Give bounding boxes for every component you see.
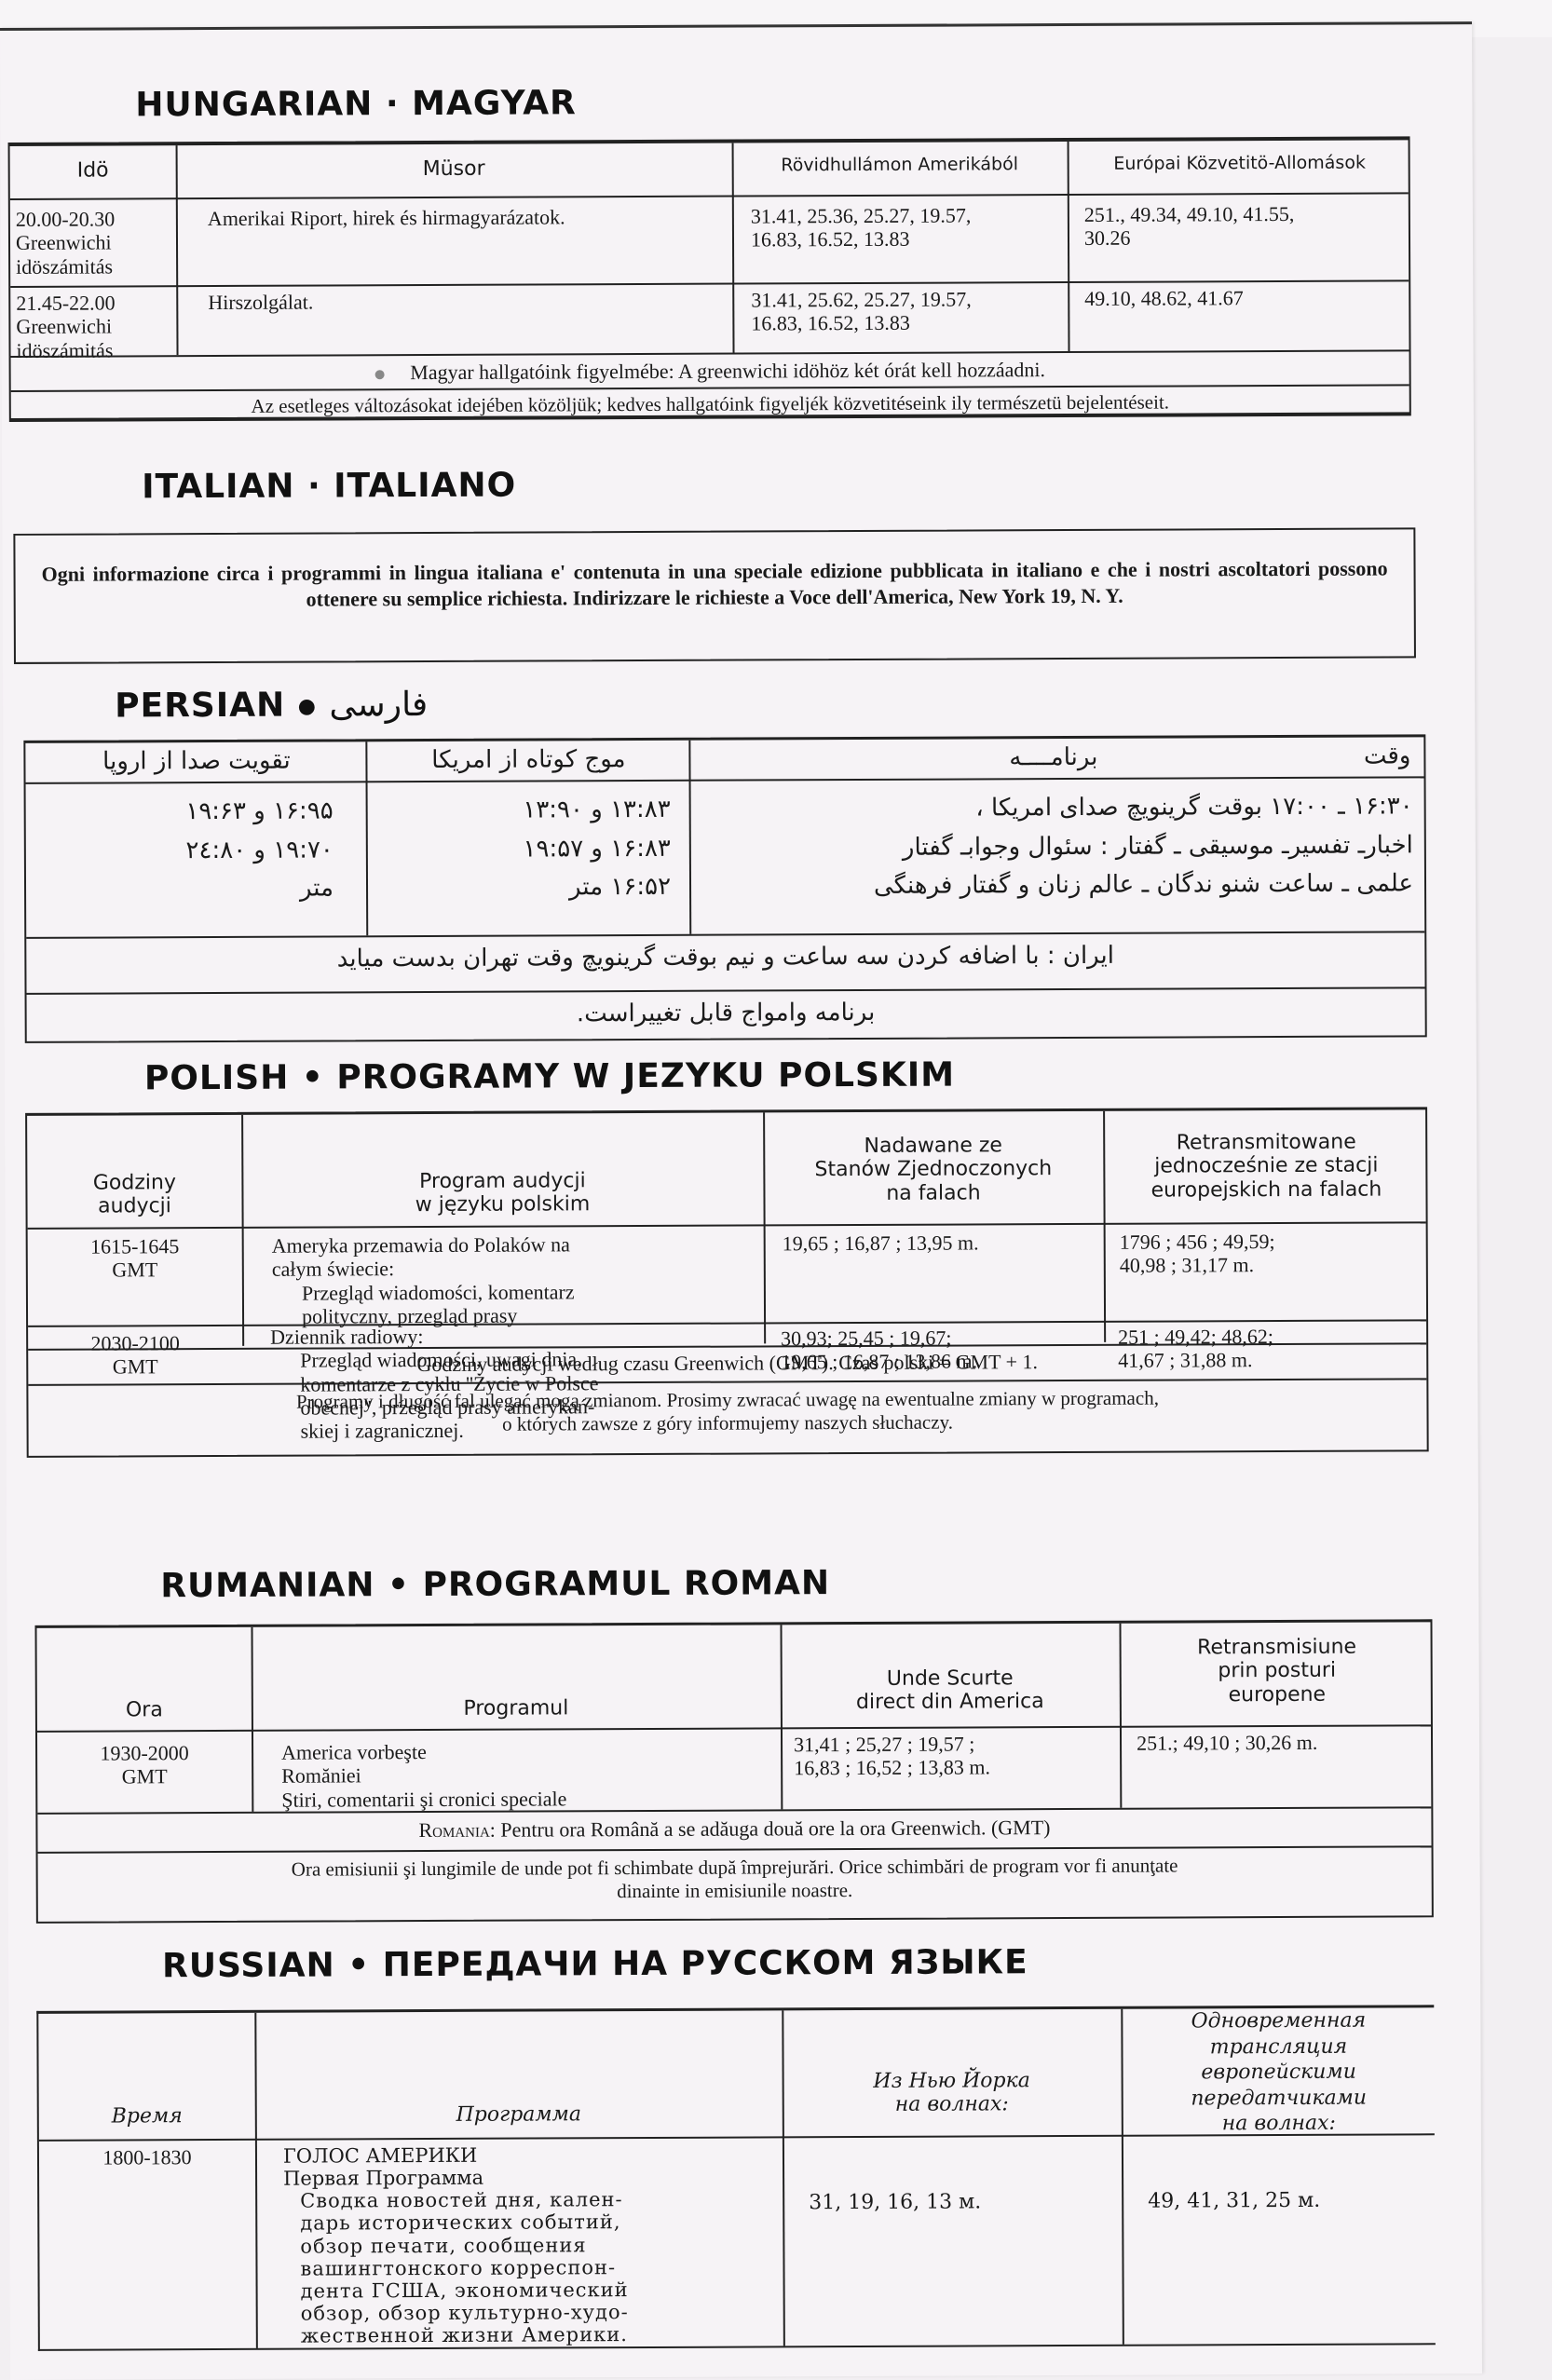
persian-europe: ۱۶:۹۵ و ۱۹:۶۳ ۱۹:۷۰ و ۲٤:۸۰ متر xyxy=(35,792,334,909)
rumanian-header-time: Ora xyxy=(37,1698,252,1722)
polish-header-europe: Retransmitowanejednocześnie ze stacjieur… xyxy=(1103,1130,1429,1202)
hungarian-row2-time: 21.45-22.00Greenwichiidöszámitás xyxy=(16,291,116,361)
russian-row1-time: 1800-1830 xyxy=(39,2145,255,2169)
russian-table: Время Программа Из Нью Йоркана волнах: О… xyxy=(36,2005,1436,2351)
polish-note-changes: Programy i długość fal ulegać mogą zmian… xyxy=(28,1385,1426,1438)
persian-note-timezone: ایران : با اضافه کردن سه ساعت و نیم بوقت… xyxy=(26,940,1424,974)
russian-row1-ny: 31, 19, 16, 13 м. xyxy=(809,2190,981,2214)
persian-header-europe: تقویت صدا از اروپا xyxy=(31,747,361,776)
persian-program: ۱۶:۳۰ ـ ۱۷:۰۰ بوقت گرینویچ صدای امریکا ،… xyxy=(695,787,1414,906)
russian-header-program: Программа xyxy=(255,2101,783,2128)
hungarian-row2-program: Hirszolgálat. xyxy=(208,291,313,315)
russian-section-title: RUSSIAN • ПЕРЕДАЧИ НА РУССКОМ ЯЗЫКЕ xyxy=(162,1943,1028,1985)
polish-section-title: POLISH • PROGRAMY W JEZYKU POLSKIM xyxy=(144,1056,955,1098)
hungarian-table: Idö Müsor Rövidhullámon Amerikából Európ… xyxy=(8,136,1411,422)
persian-shortwave: ۱۳:۸۳ و ۱۳:۹۰ ۱۶:۸۳ و ۱۹:۵۷ ۱۶:۵۲ متر xyxy=(373,791,672,908)
hungarian-row1-european: 251., 49.34, 49.10, 41.55,30.26 xyxy=(1084,202,1295,251)
rumanian-note-timezone: Romania: Pentru ora Română a se adăuga d… xyxy=(37,1814,1431,1844)
hungarian-header-time: Idö xyxy=(10,158,176,183)
rumanian-table: Ora Programul Unde Scurtedirect din Amer… xyxy=(34,1619,1433,1924)
hungarian-row1-program: Amerikai Riport, hirek és hirmagyarázato… xyxy=(208,205,565,230)
russian-row1-program: ГОЛОС АМЕРИКИ Первая Программа Сводка но… xyxy=(283,2143,629,2347)
polish-row1-time: 1615-1645GMT xyxy=(28,1234,242,1283)
persian-section-title: PERSIAN ● فارسی xyxy=(115,686,428,725)
polish-header-program: Program audycjiw języku polskim xyxy=(241,1168,763,1217)
russian-header-europe: Одновременнаятрансляцияевропейскимиперед… xyxy=(1121,2007,1436,2137)
russian-header-time: Время xyxy=(39,2104,255,2128)
hungarian-note-timezone: Magyar hallgatóink figyelmébe: A greenwi… xyxy=(11,356,1409,387)
polish-row1-europe: 1796 ; 456 ; 49,59;40,98 ; 31,17 m. xyxy=(1120,1230,1275,1277)
rumanian-row1-shortwave: 31,41 ; 25,27 ; 19,57 ;16,83 ; 16,52 ; 1… xyxy=(794,1732,990,1780)
rumanian-header-program: Programul xyxy=(252,1695,781,1721)
rumanian-note-changes: Ora emisiunii şi lungimile de unde pot f… xyxy=(38,1853,1432,1906)
rumanian-header-europe: Retransmisiuneprin posturieuropene xyxy=(1120,1635,1435,1707)
rumanian-row1-time: 1930-2000GMT xyxy=(37,1741,252,1789)
polish-header-time: Godzinyaudycji xyxy=(27,1171,241,1219)
hungarian-row1-shortwave: 31.41, 25.36, 25.27, 19.57,16.83, 16.52,… xyxy=(751,203,972,252)
italian-box: Ogni informazione circa i programmi in l… xyxy=(13,527,1416,664)
hungarian-row1-time: 20.00-20.30Greenwichiidöszámitás xyxy=(16,207,116,278)
bullet-icon xyxy=(374,370,384,379)
persian-header-time: وقت xyxy=(1364,742,1411,770)
hungarian-header-european: Európai Közvetitö-Allomások xyxy=(1068,153,1412,174)
polish-note-timezone: Godziny audycji według czasu Greenwich (… xyxy=(28,1348,1426,1379)
italian-section-title: ITALIAN · ITALIANO xyxy=(142,467,516,507)
document-page: HUNGARIAN · MAGYAR Idö Müsor Rövidhullám… xyxy=(0,21,1482,2380)
polish-row1-program: Ameryka przemawia do Polaków nacałym świ… xyxy=(272,1232,575,1328)
persian-note-changes: برنامه وامواج قابل تغییراست. xyxy=(27,996,1425,1030)
rumanian-header-shortwave: Unde Scurtedirect din America xyxy=(781,1666,1120,1715)
hungarian-header-shortwave: Rövidhullámon Amerikából xyxy=(732,155,1068,176)
italian-text: Ogni informazione circa i programmi in l… xyxy=(41,556,1387,613)
russian-header-ny: Из Нью Йоркана волнах: xyxy=(783,2069,1122,2117)
polish-table: Godzinyaudycji Program audycjiw języku p… xyxy=(25,1107,1429,1458)
hungarian-note-changes: Az esetleges változásokat idejében közöl… xyxy=(11,389,1409,419)
hungarian-header-program: Müsor xyxy=(176,156,732,183)
rumanian-section-title: RUMANIAN • PROGRAMUL ROMAN xyxy=(160,1564,830,1605)
polish-header-us: Nadawane zeStanów Zjednoczonychna falach xyxy=(763,1134,1103,1205)
persian-header-shortwave: موج کوتاه از امریکا xyxy=(372,746,685,775)
persian-header-program: برنامــــه xyxy=(1009,744,1097,772)
hungarian-row2-shortwave: 31.41, 25.62, 25.27, 19.57,16.83, 16.52,… xyxy=(751,287,972,335)
rumanian-row1-europe: 251.; 49,10 ; 30,26 m. xyxy=(1137,1731,1317,1755)
rumanian-row1-program: America vorbeşteRomănieiŞtiri, comentari… xyxy=(281,1739,566,1811)
polish-row1-us: 19,65 ; 16,87 ; 13,95 m. xyxy=(783,1231,979,1255)
persian-table: وقت برنامــــه موج کوتاه از امریکا تقویت… xyxy=(23,734,1426,1043)
hungarian-row2-european: 49.10, 48.62, 41.67 xyxy=(1084,286,1244,310)
russian-row1-europe: 49, 41, 31, 25 м. xyxy=(1148,2189,1320,2213)
hungarian-section-title: HUNGARIAN · MAGYAR xyxy=(135,84,577,124)
